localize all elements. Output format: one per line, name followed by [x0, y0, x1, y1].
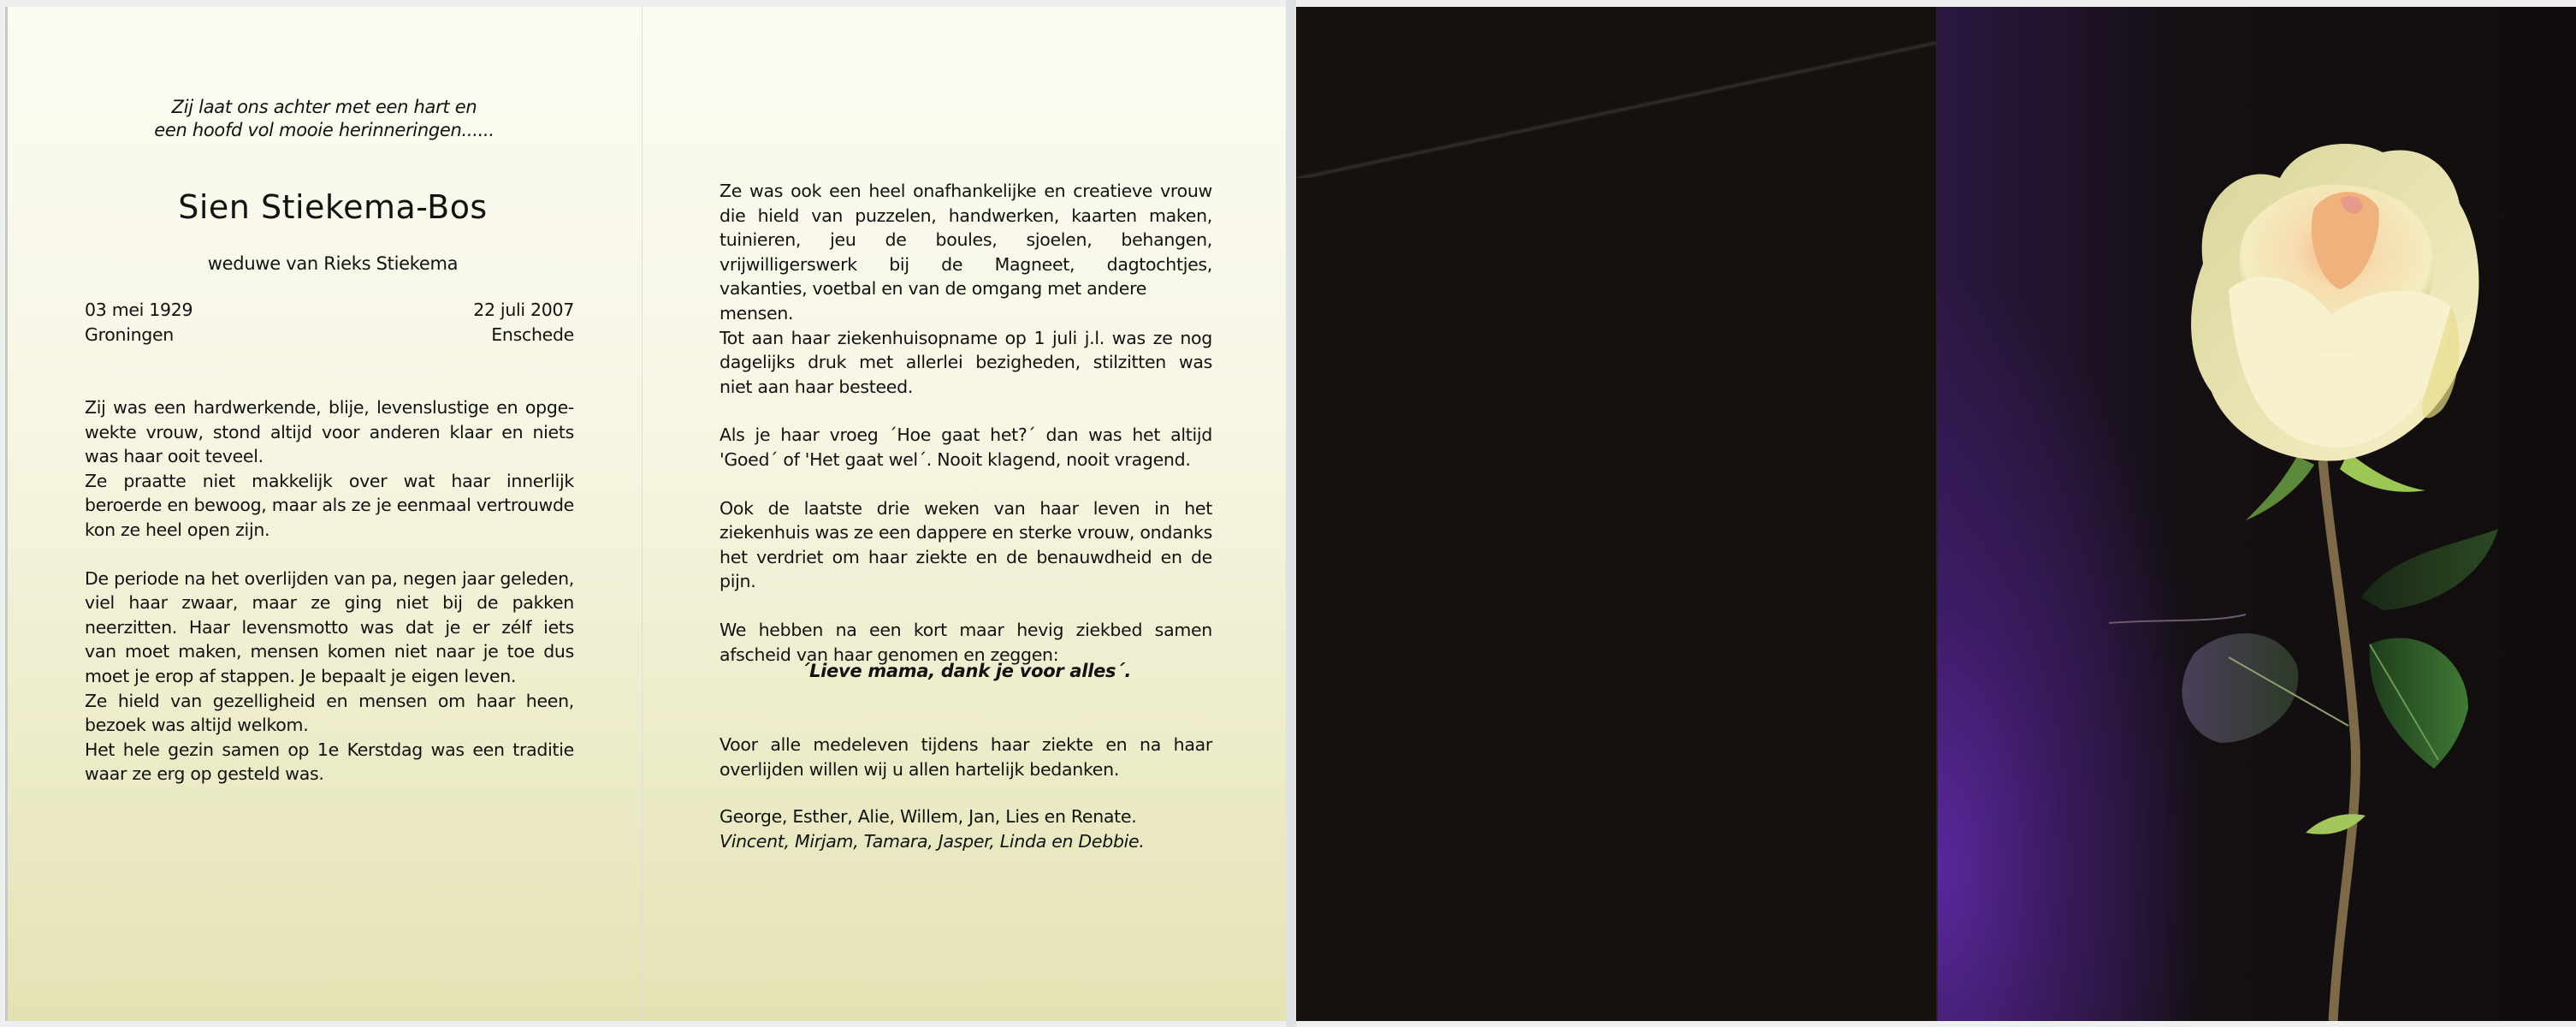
paragraph: Als je haar vroeg ´Hoe gaat het?´ dan wa…	[720, 423, 1212, 472]
card-inner-right-panel: Ze was ook een heel onafhankelijke en cr…	[642, 7, 1287, 1021]
card-front-panel	[1936, 7, 2576, 1021]
text-line: niet aan haar besteed.	[720, 375, 1212, 400]
text-line: dagelijks druk met allerlei bezigheden, …	[720, 350, 1212, 375]
paragraph: Ze was ook een heel onafhankelijke en cr…	[720, 179, 1212, 399]
epigraph: Zij laat ons achter met een hart en een …	[110, 96, 538, 142]
text-line: waar ze erg op gesteld was.	[85, 762, 574, 787]
card-inner-left-panel: Zij laat ons achter met een hart en een …	[5, 7, 643, 1021]
paragraph: De periode na het overlijden van pa, neg…	[85, 567, 574, 787]
paragraph-gap	[720, 594, 1212, 618]
paper-crease	[1296, 7, 1936, 178]
epigraph-line: Zij laat ons achter met een hart en	[110, 96, 538, 119]
paragraph-gap	[85, 543, 574, 567]
thanks-note: Voor alle medeleven tijdens haar ziekte …	[720, 733, 1212, 781]
farewell-quote: ´Lieve mama, dank je voor alles´.	[720, 659, 1212, 684]
text-line: We hebben na een kort maar hevig ziekbed…	[720, 618, 1212, 643]
paragraph: Zij was een hardwerkende, blije, levensl…	[85, 395, 574, 543]
text-line: moet je erop af stappen. Je bepaalt je e…	[85, 664, 574, 689]
children-names: George, Esther, Alie, Willem, Jan, Lies …	[720, 804, 1212, 829]
stem	[2323, 460, 2355, 1021]
grandchildren-names: Vincent, Mirjam, Tamara, Jasper, Linda e…	[720, 829, 1212, 854]
paragraph-gap	[720, 472, 1212, 496]
epigraph-line: een hoofd vol mooie herinneringen......	[110, 119, 538, 142]
text-line: De periode na het overlijden van pa, neg…	[85, 567, 574, 591]
deceased-name: Sien Stiekema-Bos	[93, 187, 572, 228]
birth-place: Groningen	[85, 323, 192, 347]
text-line: viel haar zwaar, maar ze ging niet bij d…	[85, 591, 574, 615]
text-line: pijn.	[720, 569, 1212, 594]
text-line: Zij was een hardwerkende, blije, levensl…	[85, 395, 574, 420]
scan-gap	[1286, 0, 1296, 1027]
text-line: tuinieren, jeu de boules, sjoelen, behan…	[720, 228, 1212, 252]
signers: George, Esther, Alie, Willem, Jan, Lies …	[720, 804, 1212, 853]
text-line: wekte vrouw, stond altijd voor anderen k…	[85, 420, 574, 445]
rose-illustration	[1938, 7, 2576, 1021]
text-line: Ze was ook een heel onafhankelijke en cr…	[720, 179, 1212, 204]
text-line: van moet maken, mensen komen niet naar j…	[85, 639, 574, 664]
death-date: 22 juli 2007	[384, 298, 574, 323]
text-line: het verdriet om haar ziekte en de benauw…	[720, 545, 1212, 570]
paragraph: Ook de laatste drie weken van haar leven…	[720, 496, 1212, 594]
text-line: Het hele gezin samen op 1e Kerstdag was …	[85, 738, 574, 763]
text-line: die hield van puzzelen, handwerken, kaar…	[720, 204, 1212, 229]
thanks-line: Voor alle medeleven tijdens haar ziekte …	[720, 733, 1212, 757]
text-line: neerzitten. Haar levensmotto was dat je …	[85, 615, 574, 640]
card-back-panel	[1296, 7, 1936, 1021]
birth-info: 03 mei 1929 Groningen	[85, 298, 192, 347]
text-line: Ook de laatste drie weken van haar leven…	[720, 496, 1212, 521]
text-line: ziekenhuis was ze een dappere en sterke …	[720, 520, 1212, 545]
biography-left: Zij was een hardwerkende, blije, levensl…	[85, 395, 574, 787]
text-line: kon ze heel open zijn.	[85, 518, 574, 543]
death-info: 22 juli 2007 Enschede	[384, 298, 574, 347]
text-line: was haar ooit teveel.	[85, 444, 574, 469]
text-line: Tot aan haar ziekenhuisopname op 1 juli …	[720, 326, 1212, 351]
text-line: beroerde en bewoog, maar als ze je eenma…	[85, 493, 574, 518]
text-line: Ze praatte niet makkelijk over wat haar …	[85, 469, 574, 494]
paragraph-gap	[720, 399, 1212, 423]
death-place: Enschede	[384, 323, 574, 347]
text-line: vrijwilligerswerk bij de Magneet, dagtoc…	[720, 252, 1212, 277]
text-line: bezoek was altijd welkom.	[85, 713, 574, 738]
text-line: vakanties, voetbal en van de omgang met …	[720, 276, 1212, 325]
text-line: Als je haar vroeg ´Hoe gaat het?´ dan wa…	[720, 423, 1212, 448]
widow-of-line: weduwe van Rieks Stiekema	[93, 252, 572, 276]
text-line: Ze hield van gezelligheid en mensen om h…	[85, 689, 574, 714]
text-line: 'Goed´ of 'Het gaat wel´. Nooit klagend,…	[720, 448, 1212, 472]
birth-date: 03 mei 1929	[85, 298, 192, 323]
thanks-line: overlijden willen wij u allen hartelijk …	[720, 757, 1212, 782]
biography-right: Ze was ook een heel onafhankelijke en cr…	[720, 179, 1212, 667]
